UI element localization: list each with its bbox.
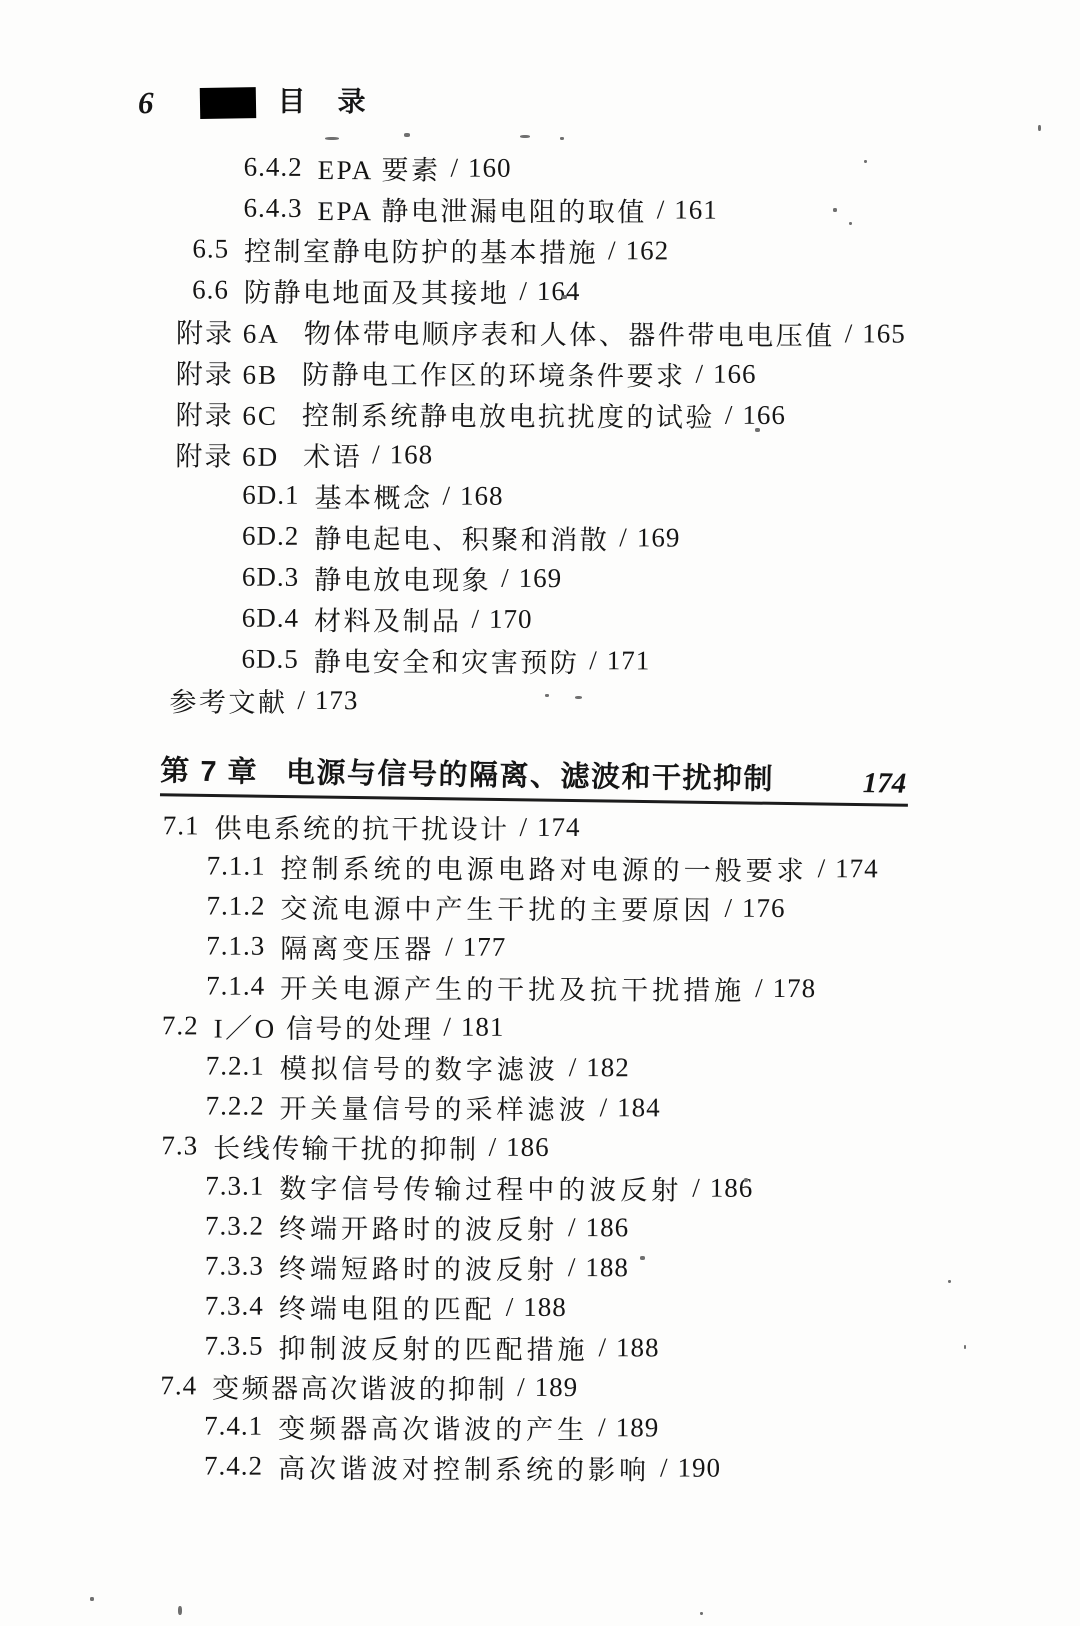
toc-entry-separator: / bbox=[696, 359, 704, 390]
toc-entry-separator: / bbox=[506, 1291, 514, 1322]
scan-speck bbox=[562, 295, 567, 299]
toc-entry-separator: / bbox=[372, 439, 380, 470]
toc-entry-page: 165 bbox=[862, 318, 906, 349]
toc-entry: 附录 6A物体带电顺序表和人体、器件带电电压值/165 bbox=[0, 310, 1079, 356]
toc-entry-separator: / bbox=[755, 972, 763, 1003]
toc-entry-number: 6D.4 bbox=[242, 603, 299, 634]
toc-entry: 6D.1基本概念/168 bbox=[0, 474, 1078, 520]
toc-entry: 6.6防静电地面及其接地/164 bbox=[0, 269, 1079, 315]
scan-speck bbox=[325, 137, 339, 140]
toc-entry-number: 7.1.1 bbox=[207, 850, 266, 881]
toc-entry-title: 开关电源产生的干扰及抗干扰措施 bbox=[280, 966, 745, 1007]
toc-entry: 附录 6B防静电工作区的环境条件要求/166 bbox=[0, 351, 1079, 397]
toc-entry-page: 186 bbox=[506, 1131, 550, 1162]
toc-entry-page: 186 bbox=[586, 1212, 630, 1243]
toc-entry-separator: / bbox=[608, 235, 616, 266]
toc-entry-title: 控制系统静电放电抗扰度的试验 bbox=[302, 394, 715, 435]
toc-entry: 7.1.2交流电源中产生干扰的主要原因/176 bbox=[0, 885, 1077, 930]
scan-speck bbox=[864, 160, 867, 163]
toc-entry-number: 7.3.2 bbox=[205, 1210, 264, 1241]
toc-list-chapter7: 7.1供电系统的抗干扰设计/1747.1.1控制系统的电源电路对电源的一般要求/… bbox=[0, 805, 1077, 1490]
toc-entry-number: 6.4.2 bbox=[244, 152, 303, 183]
toc-entry-title: 终端电阻的匹配 bbox=[279, 1286, 496, 1326]
toc-entry-page: 168 bbox=[390, 439, 434, 470]
toc-entry-page: 161 bbox=[674, 195, 718, 226]
toc-entry-title: 静电安全和灾害预防 bbox=[314, 640, 580, 680]
chapter-heading-text: 第 7 章电源与信号的隔离、滤波和干扰抑制 bbox=[160, 754, 774, 797]
chapter-page-number: 174 bbox=[863, 768, 909, 799]
toc-entry-page: 181 bbox=[461, 1011, 505, 1042]
toc-entry-title: 终端开路时的波反射 bbox=[279, 1206, 558, 1246]
toc-entry-page: 178 bbox=[773, 972, 817, 1003]
toc-entry: 参考文献/173 bbox=[0, 679, 1077, 725]
toc-entry: 6D.2静电起电、积聚和消散/169 bbox=[0, 515, 1078, 561]
toc-entry-title: 高次谐波对控制系统的影响 bbox=[278, 1446, 650, 1487]
toc-entry: 7.1供电系统的抗干扰设计/174 bbox=[0, 805, 1077, 850]
toc-entry-title: 数字信号传输过程中的波反射 bbox=[279, 1166, 682, 1207]
chapter-number-label: 第 7 章 bbox=[160, 755, 258, 788]
toc-entry: 7.3.3终端短路时的波反射/188 bbox=[0, 1245, 1075, 1290]
toc-entry: 6D.3静电放电现象/169 bbox=[0, 556, 1078, 602]
toc-entry: 7.3.5抑制波反射的匹配措施/188 bbox=[0, 1325, 1075, 1370]
toc-entry-separator: / bbox=[818, 853, 826, 884]
toc-entry: 7.3长线传输干扰的抑制/186 bbox=[0, 1125, 1076, 1170]
toc-entry: 6.4.2EPA 要素/160 bbox=[0, 146, 1080, 192]
toc-entry-page: 188 bbox=[585, 1252, 629, 1283]
toc-entry-separator: / bbox=[598, 1412, 606, 1443]
toc-entry: 6D.5静电安全和灾害预防/171 bbox=[0, 638, 1078, 684]
toc-entry-number: 7.1.2 bbox=[206, 890, 265, 921]
toc-entry-number: 7.2 bbox=[162, 1010, 199, 1041]
scan-speck bbox=[744, 1178, 748, 1182]
toc-entry-title: 隔离变压器 bbox=[280, 926, 435, 966]
scan-speck bbox=[700, 1612, 703, 1615]
scan-speck bbox=[575, 696, 582, 699]
toc-entry: 7.3.2终端开路时的波反射/186 bbox=[0, 1205, 1075, 1250]
scan-speck bbox=[1038, 125, 1041, 131]
toc-entry: 附录 6C控制系统静电放电抗扰度的试验/166 bbox=[0, 392, 1079, 438]
toc-entry: 7.4.2高次谐波对控制系统的影响/190 bbox=[0, 1445, 1074, 1490]
toc-entry-title: 长线传输干扰的抑制 bbox=[213, 1126, 479, 1166]
toc-entry-number: 7.1.4 bbox=[206, 970, 265, 1001]
toc-entry-page: 188 bbox=[523, 1291, 567, 1322]
toc-entry-separator: / bbox=[724, 892, 732, 923]
toc-entry-title: 变频器高次谐波的抑制 bbox=[212, 1366, 507, 1406]
toc-entry: 7.2I／O 信号的处理/181 bbox=[0, 1005, 1076, 1050]
toc-entry-page: 169 bbox=[637, 522, 681, 553]
toc-entry-page: 188 bbox=[616, 1332, 660, 1363]
toc-entry-number: 7.4 bbox=[160, 1370, 197, 1401]
toc-entry-title: 交流电源中产生干扰的主要原因 bbox=[280, 886, 714, 927]
toc-entry-page: 186 bbox=[710, 1172, 754, 1203]
toc-entry-page: 177 bbox=[463, 931, 507, 962]
toc-entry-separator: / bbox=[517, 1371, 525, 1402]
toc-entry: 附录 6D术语/168 bbox=[0, 433, 1079, 479]
toc-entry: 7.4.1变频器高次谐波的产生/189 bbox=[0, 1405, 1074, 1450]
toc-entry-page: 190 bbox=[677, 1452, 721, 1483]
toc-entry-number: 7.3.4 bbox=[205, 1290, 264, 1321]
toc-entry: 7.2.2开关量信号的采样滤波/184 bbox=[0, 1085, 1076, 1130]
toc-entry-separator: / bbox=[471, 604, 479, 635]
toc-entry-number: 附录 6A bbox=[176, 311, 280, 350]
scan-speck bbox=[90, 1597, 94, 1601]
toc-entry-separator: / bbox=[692, 1172, 700, 1203]
toc-entry-title: 控制系统的电源电路对电源的一般要求 bbox=[281, 846, 808, 887]
toc-entry: 7.3.1数字信号传输过程中的波反射/186 bbox=[0, 1165, 1075, 1210]
toc-entry-separator: / bbox=[725, 400, 733, 431]
toc-entry-separator: / bbox=[589, 645, 597, 676]
redaction-block bbox=[199, 87, 256, 119]
toc-entry: 7.3.4终端电阻的匹配/188 bbox=[0, 1285, 1075, 1330]
toc-entry-title: 抑制波反射的匹配措施 bbox=[278, 1326, 588, 1366]
toc-entry-separator: / bbox=[657, 194, 665, 225]
toc-entry-title: 防静电地面及其接地 bbox=[244, 271, 510, 311]
toc-entry-page: 174 bbox=[835, 853, 879, 884]
toc-entry-page: 176 bbox=[742, 892, 786, 923]
toc-entry-page: 182 bbox=[586, 1052, 630, 1083]
toc-entry-separator: / bbox=[845, 318, 853, 349]
scan-speck bbox=[833, 208, 837, 212]
scan-speck bbox=[948, 1280, 951, 1283]
toc-entry-separator: / bbox=[445, 931, 453, 962]
toc-entry-number: 7.2.2 bbox=[206, 1090, 265, 1121]
toc-list-chapter6: 6.4.2EPA 要素/1606.4.3EPA 静电泄漏电阻的取值/1616.5… bbox=[0, 146, 1080, 725]
scan-speck bbox=[640, 1256, 645, 1260]
toc-entry: 7.1.3隔离变压器/177 bbox=[0, 925, 1076, 970]
toc-entry-number: 7.2.1 bbox=[206, 1050, 265, 1081]
scan-speck bbox=[964, 1345, 966, 1349]
toc-entry-page: 173 bbox=[315, 685, 359, 716]
toc-entry-number: 附录 6B bbox=[176, 352, 278, 391]
toc-entry-title: 开关量信号的采样滤波 bbox=[280, 1086, 590, 1126]
toc-entry-title: 术语 bbox=[303, 435, 362, 474]
toc-entry-title: 参考文献 bbox=[169, 680, 287, 720]
toc-entry-page: 171 bbox=[607, 645, 651, 676]
toc-entry-separator: / bbox=[568, 1252, 576, 1283]
toc-entry-page: 160 bbox=[468, 153, 512, 184]
scan-speck bbox=[755, 428, 760, 432]
toc-entry-separator: / bbox=[660, 1452, 668, 1483]
toc-entry-number: 7.4.1 bbox=[204, 1410, 263, 1441]
toc-entry: 6D.4材料及制品/170 bbox=[0, 597, 1078, 643]
toc-entry-separator: / bbox=[619, 522, 627, 553]
toc-entry-separator: / bbox=[569, 1052, 577, 1083]
toc-entry-number: 7.3.3 bbox=[205, 1250, 264, 1281]
toc-entry-page: 169 bbox=[519, 563, 563, 594]
chapter-title: 电源与信号的隔离、滤波和干扰抑制 bbox=[286, 757, 774, 796]
toc-header-title: 目 录 bbox=[277, 89, 367, 117]
running-header: 6 目 录 bbox=[138, 84, 1080, 124]
toc-entry-number: 7.1 bbox=[163, 810, 200, 841]
toc-entry-separator: / bbox=[489, 1131, 497, 1162]
toc-entry: 7.1.1控制系统的电源电路对电源的一般要求/174 bbox=[0, 845, 1077, 890]
toc-entry-separator: / bbox=[568, 1212, 576, 1243]
toc-entry-page: 162 bbox=[626, 235, 670, 266]
toc-entry-title: 变频器高次谐波的产生 bbox=[278, 1406, 588, 1446]
toc-entry-number: 7.4.2 bbox=[204, 1450, 263, 1481]
toc-entry-page: 174 bbox=[537, 811, 581, 842]
scanned-toc-page: 6 目 录 6.4.2EPA 要素/1606.4.3EPA 静电泄漏电阻的取值/… bbox=[0, 0, 1080, 1626]
scan-speck bbox=[520, 135, 530, 138]
scan-speck bbox=[178, 1606, 182, 1615]
toc-entry-page: 184 bbox=[617, 1092, 661, 1123]
scan-speck bbox=[560, 137, 564, 140]
toc-entry-number: 6D.3 bbox=[242, 562, 299, 593]
toc-entry-number: 7.3.5 bbox=[204, 1330, 263, 1361]
chapter-heading: 第 7 章电源与信号的隔离、滤波和干扰抑制 174 bbox=[160, 754, 909, 806]
scan-speck bbox=[404, 133, 410, 137]
toc-entry-separator: / bbox=[519, 276, 527, 307]
toc-entry-separator: / bbox=[501, 563, 509, 594]
toc-entry-page: 166 bbox=[713, 359, 757, 390]
toc-entry-page: 170 bbox=[489, 604, 533, 635]
toc-entry-number: 6.4.3 bbox=[243, 193, 302, 224]
folio-page-number: 6 bbox=[138, 87, 154, 118]
toc-entry-separator: / bbox=[442, 480, 450, 511]
toc-entry-title: 控制室静电防护的基本措施 bbox=[244, 230, 598, 271]
toc-entry-title: EPA 静电泄漏电阻的取值 bbox=[317, 189, 646, 229]
page-content: 6 目 录 6.4.2EPA 要素/1606.4.3EPA 静电泄漏电阻的取值/… bbox=[0, 0, 1080, 1489]
toc-entry-title: I／O 信号的处理 bbox=[214, 1006, 434, 1046]
toc-entry-separator: / bbox=[450, 153, 458, 184]
toc-entry-number: 6D.1 bbox=[242, 480, 299, 511]
toc-entry-number: 7.3.1 bbox=[205, 1170, 264, 1201]
toc-entry-number: 6D.5 bbox=[241, 644, 298, 675]
toc-entry-title: 基本概念 bbox=[314, 476, 432, 516]
toc-entry-number: 附录 6D bbox=[175, 434, 279, 473]
toc-entry-number: 6D.2 bbox=[242, 521, 299, 552]
toc-entry-number: 7.1.3 bbox=[206, 930, 265, 961]
toc-entry: 6.5控制室静电防护的基本措施/162 bbox=[0, 228, 1079, 274]
toc-entry-title: 物体带电顺序表和人体、器件带电电压值 bbox=[304, 312, 835, 353]
toc-entry-number: 附录 6C bbox=[176, 393, 278, 432]
toc-entry-title: 材料及制品 bbox=[314, 599, 462, 639]
toc-entry-title: EPA 要素 bbox=[318, 148, 441, 188]
toc-entry-page: 168 bbox=[460, 481, 504, 512]
toc-entry-title: 防静电工作区的环境条件要求 bbox=[302, 353, 686, 394]
toc-entry-page: 189 bbox=[616, 1412, 660, 1443]
toc-entry-separator: / bbox=[297, 685, 305, 716]
toc-entry-separator: / bbox=[443, 1011, 451, 1042]
scan-speck bbox=[849, 222, 852, 225]
toc-entry-title: 供电系统的抗干扰设计 bbox=[215, 806, 510, 846]
toc-entry-separator: / bbox=[520, 811, 528, 842]
toc-entry: 7.4变频器高次谐波的抑制/189 bbox=[0, 1365, 1074, 1410]
toc-entry: 7.1.4开关电源产生的干扰及抗干扰措施/178 bbox=[0, 965, 1076, 1010]
toc-entry: 7.2.1模拟信号的数字滤波/182 bbox=[0, 1045, 1076, 1090]
toc-entry-title: 终端短路时的波反射 bbox=[279, 1246, 558, 1286]
toc-entry-page: 166 bbox=[742, 400, 786, 431]
toc-entry-title: 静电起电、积聚和消散 bbox=[314, 517, 609, 557]
toc-entry-page: 164 bbox=[537, 276, 581, 307]
toc-entry-number: 6.6 bbox=[192, 274, 229, 305]
toc-entry: 6.4.3EPA 静电泄漏电阻的取值/161 bbox=[0, 187, 1080, 233]
toc-entry-number: 7.3 bbox=[161, 1130, 198, 1161]
scan-speck bbox=[545, 694, 549, 697]
toc-entry-number: 6.5 bbox=[192, 233, 229, 264]
toc-entry-separator: / bbox=[598, 1332, 606, 1363]
toc-entry-title: 模拟信号的数字滤波 bbox=[280, 1046, 559, 1086]
toc-entry-title: 静电放电现象 bbox=[314, 558, 491, 598]
toc-entry-page: 189 bbox=[535, 1371, 579, 1402]
toc-entry-separator: / bbox=[600, 1092, 608, 1123]
